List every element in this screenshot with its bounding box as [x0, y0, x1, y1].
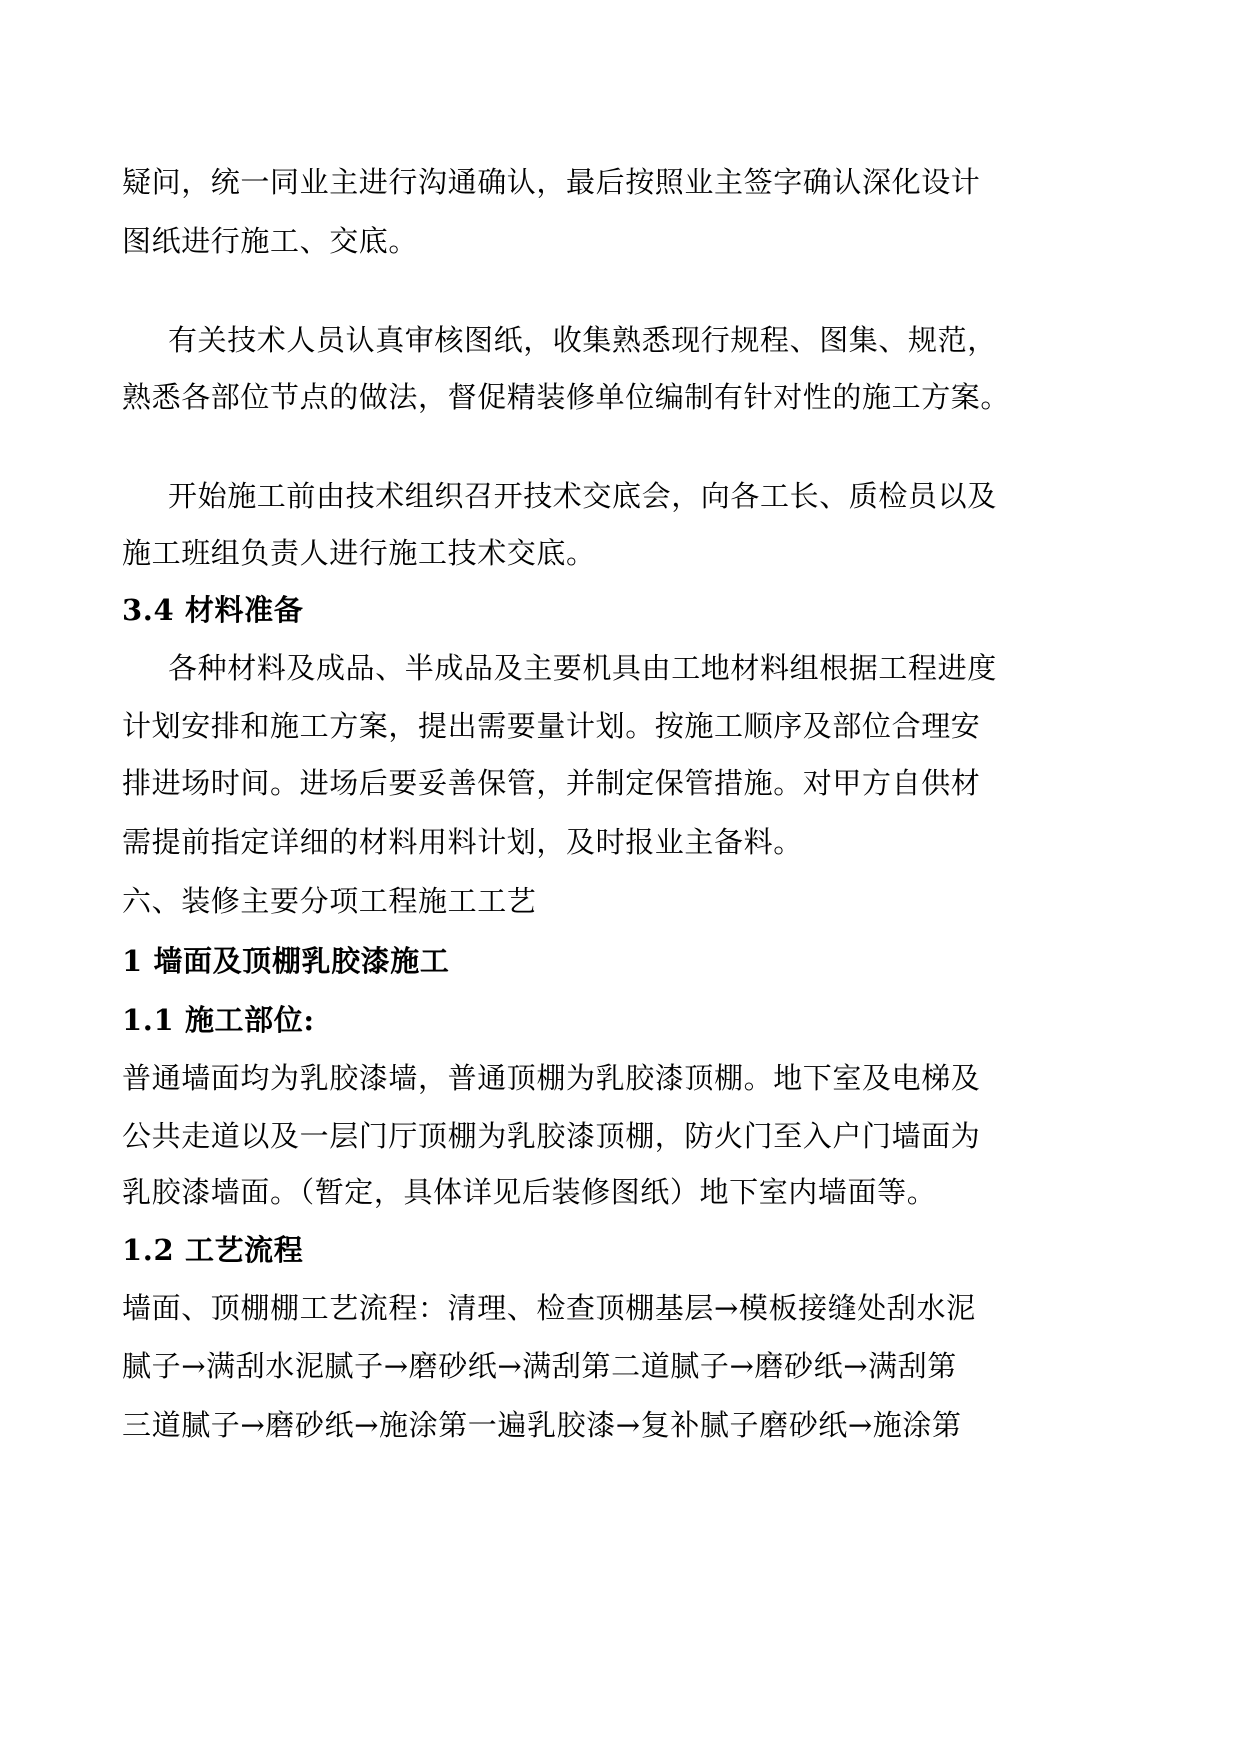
- paragraph-line: 公共走道以及一层门厅顶棚为乳胶漆顶棚，防火门至入户门墙面为: [122, 1116, 992, 1156]
- paragraph-line: 开始施工前由技术组织召开技术交底会，向各工长、质检员以及: [168, 476, 992, 516]
- paragraph-line: 排进场时间。进场后要妥善保管，并制定保管措施。对甲方自供材: [122, 763, 992, 803]
- chapter-heading-6: 六、装修主要分项工程施工工艺: [122, 881, 992, 921]
- paragraph-line: 各种材料及成品、半成品及主要机具由工地材料组根据工程进度: [168, 648, 992, 688]
- paragraph-line: 施工班组负责人进行施工技术交底。: [122, 533, 992, 573]
- paragraph-line: 计划安排和施工方案，提出需要量计划。按施工顺序及部位合理安: [122, 706, 992, 746]
- paragraph-line: 墙面、顶棚棚工艺流程：清理、检查顶棚基层→模板接缝处刮水泥: [122, 1288, 992, 1328]
- section-heading-1-1: 1.1 施工部位:: [122, 1000, 992, 1040]
- paragraph-line: 需提前指定详细的材料用料计划，及时报业主备料。: [122, 822, 992, 862]
- paragraph-line: 腻子→满刮水泥腻子→磨砂纸→满刮第二道腻子→磨砂纸→满刮第: [122, 1346, 992, 1386]
- section-heading-3-4: 3.4 材料准备: [122, 590, 992, 630]
- section-heading-1: 1 墙面及顶棚乳胶漆施工: [122, 941, 992, 981]
- document-page: 疑问，统一同业主进行沟通确认，最后按照业主签字确认深化设计 图纸进行施工、交底。…: [0, 0, 1241, 1754]
- paragraph-line: 有关技术人员认真审核图纸，收集熟悉现行规程、图集、规范，: [168, 320, 992, 360]
- paragraph-line: 普通墙面均为乳胶漆墙，普通顶棚为乳胶漆顶棚。地下室及电梯及: [122, 1058, 992, 1098]
- paragraph-line: 图纸进行施工、交底。: [122, 221, 992, 261]
- paragraph-line: 熟悉各部位节点的做法，督促精装修单位编制有针对性的施工方案。: [122, 377, 992, 417]
- paragraph-line: 三道腻子→磨砂纸→施涂第一遍乳胶漆→复补腻子磨砂纸→施涂第: [122, 1405, 992, 1445]
- paragraph-line: 乳胶漆墙面。（暂定，具体详见后装修图纸）地下室内墙面等。: [122, 1172, 992, 1212]
- paragraph-line: 疑问，统一同业主进行沟通确认，最后按照业主签字确认深化设计: [122, 162, 992, 202]
- section-heading-1-2: 1.2 工艺流程: [122, 1230, 992, 1270]
